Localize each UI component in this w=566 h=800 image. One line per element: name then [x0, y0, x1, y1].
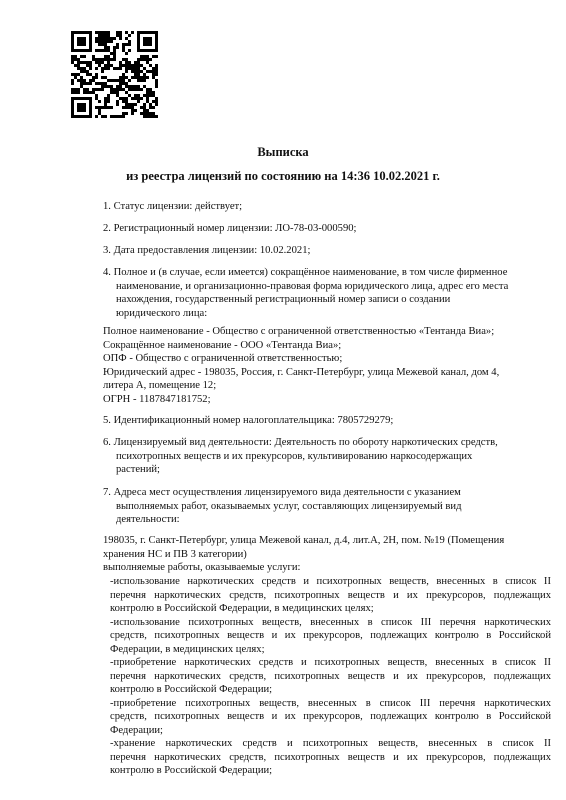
document-subtitle: из реестра лицензий по состоянию на 14:3…: [0, 169, 566, 184]
service-item: -приобретение наркотических средств и пс…: [103, 656, 551, 697]
item-registration-number: 2. Регистрационный номер лицензии: ЛО-78…: [103, 222, 357, 236]
item-license-date: 3. Дата предоставления лицензии: 10.02.2…: [103, 244, 310, 258]
service-item: -использование психотропных веществ, вне…: [103, 616, 551, 657]
address-line: хранения НС и ПВ 3 категории): [103, 548, 504, 562]
item4-line: нахождения, государственный регистрацион…: [103, 293, 508, 307]
services-heading: выполняемые работы, оказываемые услуги:: [103, 561, 504, 575]
service-line: -использование наркотических средств и п…: [103, 575, 551, 589]
item7-line: выполняемых работ, оказываемых услуг, со…: [103, 500, 461, 514]
address-line: 198035, г. Санкт-Петербург, улица Межево…: [103, 534, 504, 548]
item4-line: юридического лица:: [103, 307, 508, 321]
legal-address: Юридический адрес - 198035, Россия, г. С…: [103, 366, 499, 380]
ogrn: ОГРН - 1187847181752;: [103, 393, 499, 407]
legal-form: ОПФ - Общество с ограниченной ответствен…: [103, 352, 499, 366]
item-licensed-activity: 6. Лицензируемый вид деятельности: Деяте…: [103, 436, 498, 477]
item6-line: психотропных веществ и их прекурсоров, к…: [103, 450, 498, 464]
full-name: Полное наименование - Общество с огранич…: [103, 325, 499, 339]
service-item: -хранение наркотических средств и психот…: [103, 737, 551, 778]
service-line: контролю в Российской Федерации, в медиц…: [103, 602, 551, 616]
activity-address: 198035, г. Санкт-Петербург, улица Межево…: [103, 534, 504, 575]
item4-line: 4. Полное и (в случае, если имеется) сок…: [103, 266, 508, 280]
service-line: средств, психотропных веществ и их преку…: [103, 629, 551, 643]
item-inn: 5. Идентификационный номер налогоплатель…: [103, 414, 393, 428]
item6-line: растений;: [103, 463, 498, 477]
service-line: -приобретение психотропных веществ, внес…: [103, 697, 551, 711]
services-list: -использование наркотических средств и п…: [103, 575, 551, 778]
item-organization-name-heading: 4. Полное и (в случае, если имеется) сок…: [103, 266, 508, 320]
qr-code: [71, 31, 158, 118]
service-item: -использование наркотических средств и п…: [103, 575, 551, 616]
legal-address-cont: литера А, помещение 12;: [103, 379, 499, 393]
service-line: -приобретение наркотических средств и пс…: [103, 656, 551, 670]
service-line: контролю в Российской Федерации;: [103, 764, 551, 778]
item-activity-addresses: 7. Адреса мест осуществления лицензируем…: [103, 486, 461, 527]
item7-line: 7. Адреса мест осуществления лицензируем…: [103, 486, 461, 500]
service-line: перечня наркотических средств, психотроп…: [103, 670, 551, 684]
service-line: контролю в Российской Федерации;: [103, 683, 551, 697]
service-item: -приобретение психотропных веществ, внес…: [103, 697, 551, 738]
item7-line: деятельности:: [103, 513, 461, 527]
item-license-status: 1. Статус лицензии: действует;: [103, 200, 242, 214]
service-line: перечня наркотических средств, психотроп…: [103, 751, 551, 765]
item4-line: наименование, и организационно-правовая …: [103, 280, 508, 294]
service-line: средств, психотропных веществ и их преку…: [103, 710, 551, 724]
service-line: перечня наркотических средств, психотроп…: [103, 589, 551, 603]
service-line: -хранение наркотических средств и психот…: [103, 737, 551, 751]
item6-line: 6. Лицензируемый вид деятельности: Деяте…: [103, 436, 498, 450]
document-title: Выписка: [0, 145, 566, 160]
service-line: Федерации;: [103, 724, 551, 738]
short-name: Сокращённое наименование - ООО «Тентанда…: [103, 339, 499, 353]
service-line: -использование психотропных веществ, вне…: [103, 616, 551, 630]
service-line: Федерации, в медицинских целях;: [103, 643, 551, 657]
organization-details: Полное наименование - Общество с огранич…: [103, 325, 499, 406]
